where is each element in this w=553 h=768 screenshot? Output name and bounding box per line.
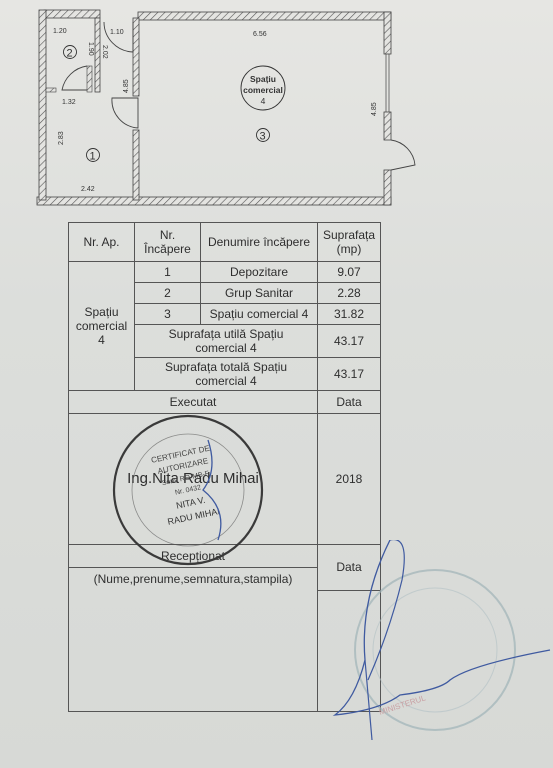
floor-plan: 1.20 1.10 6.56 1.90 2.02 1.32 4.85 2.83 … (0, 0, 553, 220)
received-signature-row (69, 590, 381, 711)
room-nr: 3 (135, 304, 201, 325)
wall-right-mid (384, 112, 391, 140)
dim-2-02: 2.02 (101, 45, 108, 59)
received-header-row: Recepționat Data (69, 545, 381, 568)
wall-top-right (138, 12, 391, 20)
rooms-table: Nr. Ap. Nr.Încăpere Denumire încăpere Su… (68, 222, 381, 712)
dim-1-90: 1.90 (87, 42, 94, 56)
room-name: Grup Sanitar (201, 283, 318, 304)
dim-1-32: 1.32 (62, 99, 76, 106)
room-label-3: 3 (260, 131, 266, 143)
received-label: Recepționat (69, 545, 318, 568)
received-signature-area (69, 590, 318, 711)
received-hint: (Nume,prenume,semnatura,stampila) (69, 568, 318, 591)
apartment-cell: Spațiucomercial4 (69, 262, 135, 391)
executed-label: Executat (69, 391, 318, 414)
wall-partition-main (133, 18, 139, 96)
room-area: 31.82 (318, 304, 381, 325)
room-area: 9.07 (318, 262, 381, 283)
door-swing-wc (62, 66, 87, 90)
wall-wc-bottom (46, 88, 56, 92)
header-denumire: Denumire încăpere (201, 223, 318, 262)
wall-right-top (384, 12, 391, 54)
header-nr-ap: Nr. Ap. (69, 223, 135, 262)
wall-top-left (44, 10, 100, 18)
executed-header-row: Executat Data (69, 391, 381, 414)
header-suprafata: Suprafața(mp) (318, 223, 381, 262)
dim-4-85-right: 4.85 (371, 102, 378, 116)
useful-area-label: Suprafața utilă Spațiucomercial 4 (135, 325, 318, 358)
header-nr-incapere: Nr.Încăpere (135, 223, 201, 262)
space-badge-line3: 4 (261, 96, 266, 106)
space-badge-line2: comercial (243, 85, 283, 95)
wall-right-bottom (384, 170, 391, 205)
space-badge-line1: Spațiu (250, 74, 276, 84)
date-label: Data (318, 391, 381, 414)
wall-partition-main-low (133, 130, 139, 200)
dim-1-10: 1.10 (110, 29, 124, 36)
engineer-name: Ing.Nita Radu Mihai (69, 414, 318, 545)
executed-row: Ing.Nita Radu Mihai 2018 (69, 414, 381, 545)
room-nr: 1 (135, 262, 201, 283)
total-area-label: Suprafața totală Spațiucomercial 4 (135, 358, 318, 391)
executed-year: 2018 (318, 414, 381, 545)
table-header-row: Nr. Ap. Nr.Încăpere Denumire încăpere Su… (69, 223, 381, 262)
dim-1-20: 1.20 (53, 28, 67, 35)
wall-wc-stub (87, 66, 92, 92)
room-nr: 2 (135, 283, 201, 304)
dim-2-83: 2.83 (58, 131, 65, 145)
room-name: Depozitare (201, 262, 318, 283)
room-label-1: 1 (90, 151, 96, 163)
room-label-2: 2 (67, 48, 73, 60)
total-area-value: 43.17 (318, 358, 381, 391)
wall-bottom (37, 197, 391, 205)
received-date-label: Data (318, 545, 381, 591)
received-date-value (318, 590, 381, 711)
wall-wc-right (95, 18, 100, 92)
dim-4-85-inner: 4.85 (123, 79, 130, 93)
dim-2-42: 2.42 (81, 186, 95, 193)
table-row: Spațiucomercial4 1 Depozitare 9.07 (69, 262, 381, 283)
useful-area-value: 43.17 (318, 325, 381, 358)
door-swing-exterior (391, 140, 415, 170)
room-area: 2.28 (318, 283, 381, 304)
dim-6-56: 6.56 (253, 31, 267, 38)
wall-left (39, 10, 46, 200)
room-name: Spațiu comercial 4 (201, 304, 318, 325)
door-swing-storage (112, 98, 138, 128)
